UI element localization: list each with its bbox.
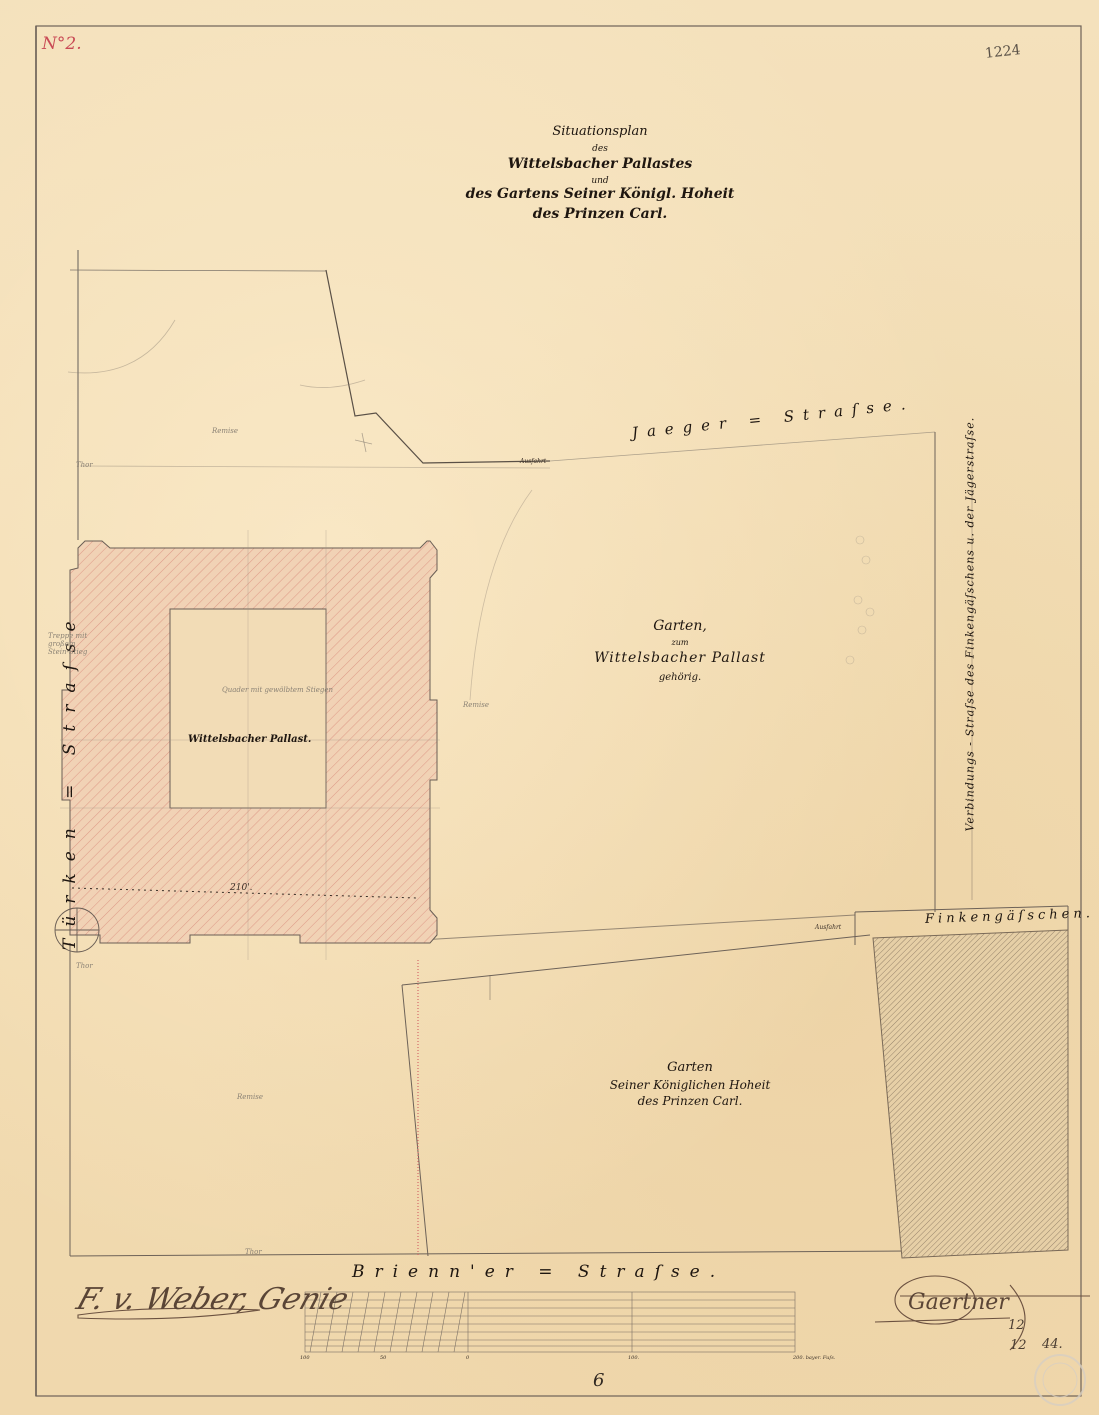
palace-label: Wittelsbacher Pallast. <box>188 734 311 745</box>
pencil-note-gate-bottom: Thor <box>245 1248 262 1256</box>
neighbor-parcel <box>873 930 1068 1258</box>
title-line: des <box>430 144 770 154</box>
street-label-verbindung: Verbindungs - Straſse des Finkengäſschen… <box>964 502 977 832</box>
courtyard-note: Quader mit gewölbtem Stiegen <box>222 686 333 694</box>
scale-label: 200. bayer. Fuſs. <box>793 1355 835 1361</box>
title-line: des Gartens Seiner Königl. Hoheit <box>430 186 770 202</box>
page-mark: 6 <box>593 1370 604 1391</box>
pencil-traces <box>846 536 874 664</box>
date-year: 44. <box>1042 1337 1063 1352</box>
pencil-note-ausfahrt: Ausfahrt <box>815 924 841 931</box>
pencil-note-remise-north: Remise <box>212 427 238 435</box>
pencil-note-gate-north: Thor <box>76 461 93 469</box>
signature-left: F. v. Weber, Genie <box>72 1282 353 1317</box>
scale-label: 100. <box>628 1355 639 1361</box>
title-line: des Prinzen Carl. <box>430 206 770 222</box>
sheet-number: N°2. <box>42 34 82 54</box>
title-line: Situationsplan <box>430 124 770 139</box>
garden-label-line: Garten, <box>560 618 800 634</box>
garden-label-line: des Prinzen Carl. <box>580 1094 800 1108</box>
pencil-note-ausfahrt: Ausfahrt <box>520 458 546 465</box>
date-numerator: 12 <box>1008 1318 1025 1333</box>
date-denominator: 12 <box>1010 1338 1027 1353</box>
garden-label-line: gehörig. <box>560 672 800 683</box>
signature-right: Gaertner <box>908 1290 1009 1315</box>
title-line: Wittelsbacher Pallastes <box>430 156 770 172</box>
scale-label: 50 <box>380 1355 386 1361</box>
street-label-tuerken: Türken = Straſse <box>60 650 80 950</box>
pencil-note-stair: Treppe mit großem Stein-Stieg <box>48 632 88 656</box>
palace-dimension: 210'. <box>230 883 253 893</box>
scale-bar <box>305 1292 795 1352</box>
title-line: und <box>430 176 770 186</box>
pencil-note-remise-mid: Remise <box>463 701 489 709</box>
scale-label: 100 <box>300 1355 310 1361</box>
pencil-note-remise-south: Remise <box>237 1093 263 1101</box>
street-label-brienner: Brienn'er = Straſse. <box>352 1262 725 1282</box>
pencil-note-gate-south: Thor <box>76 962 93 970</box>
garden-label-line: Garten <box>580 1060 800 1075</box>
archive-seal-icon <box>1035 1355 1085 1405</box>
garden-label-line: Seiner Königlichen Hoheit <box>580 1078 800 1092</box>
garden-label-line: Wittelsbacher Pallast <box>560 650 800 666</box>
scale-label: 0 <box>466 1355 469 1361</box>
garden-label-line: zum <box>560 638 800 647</box>
